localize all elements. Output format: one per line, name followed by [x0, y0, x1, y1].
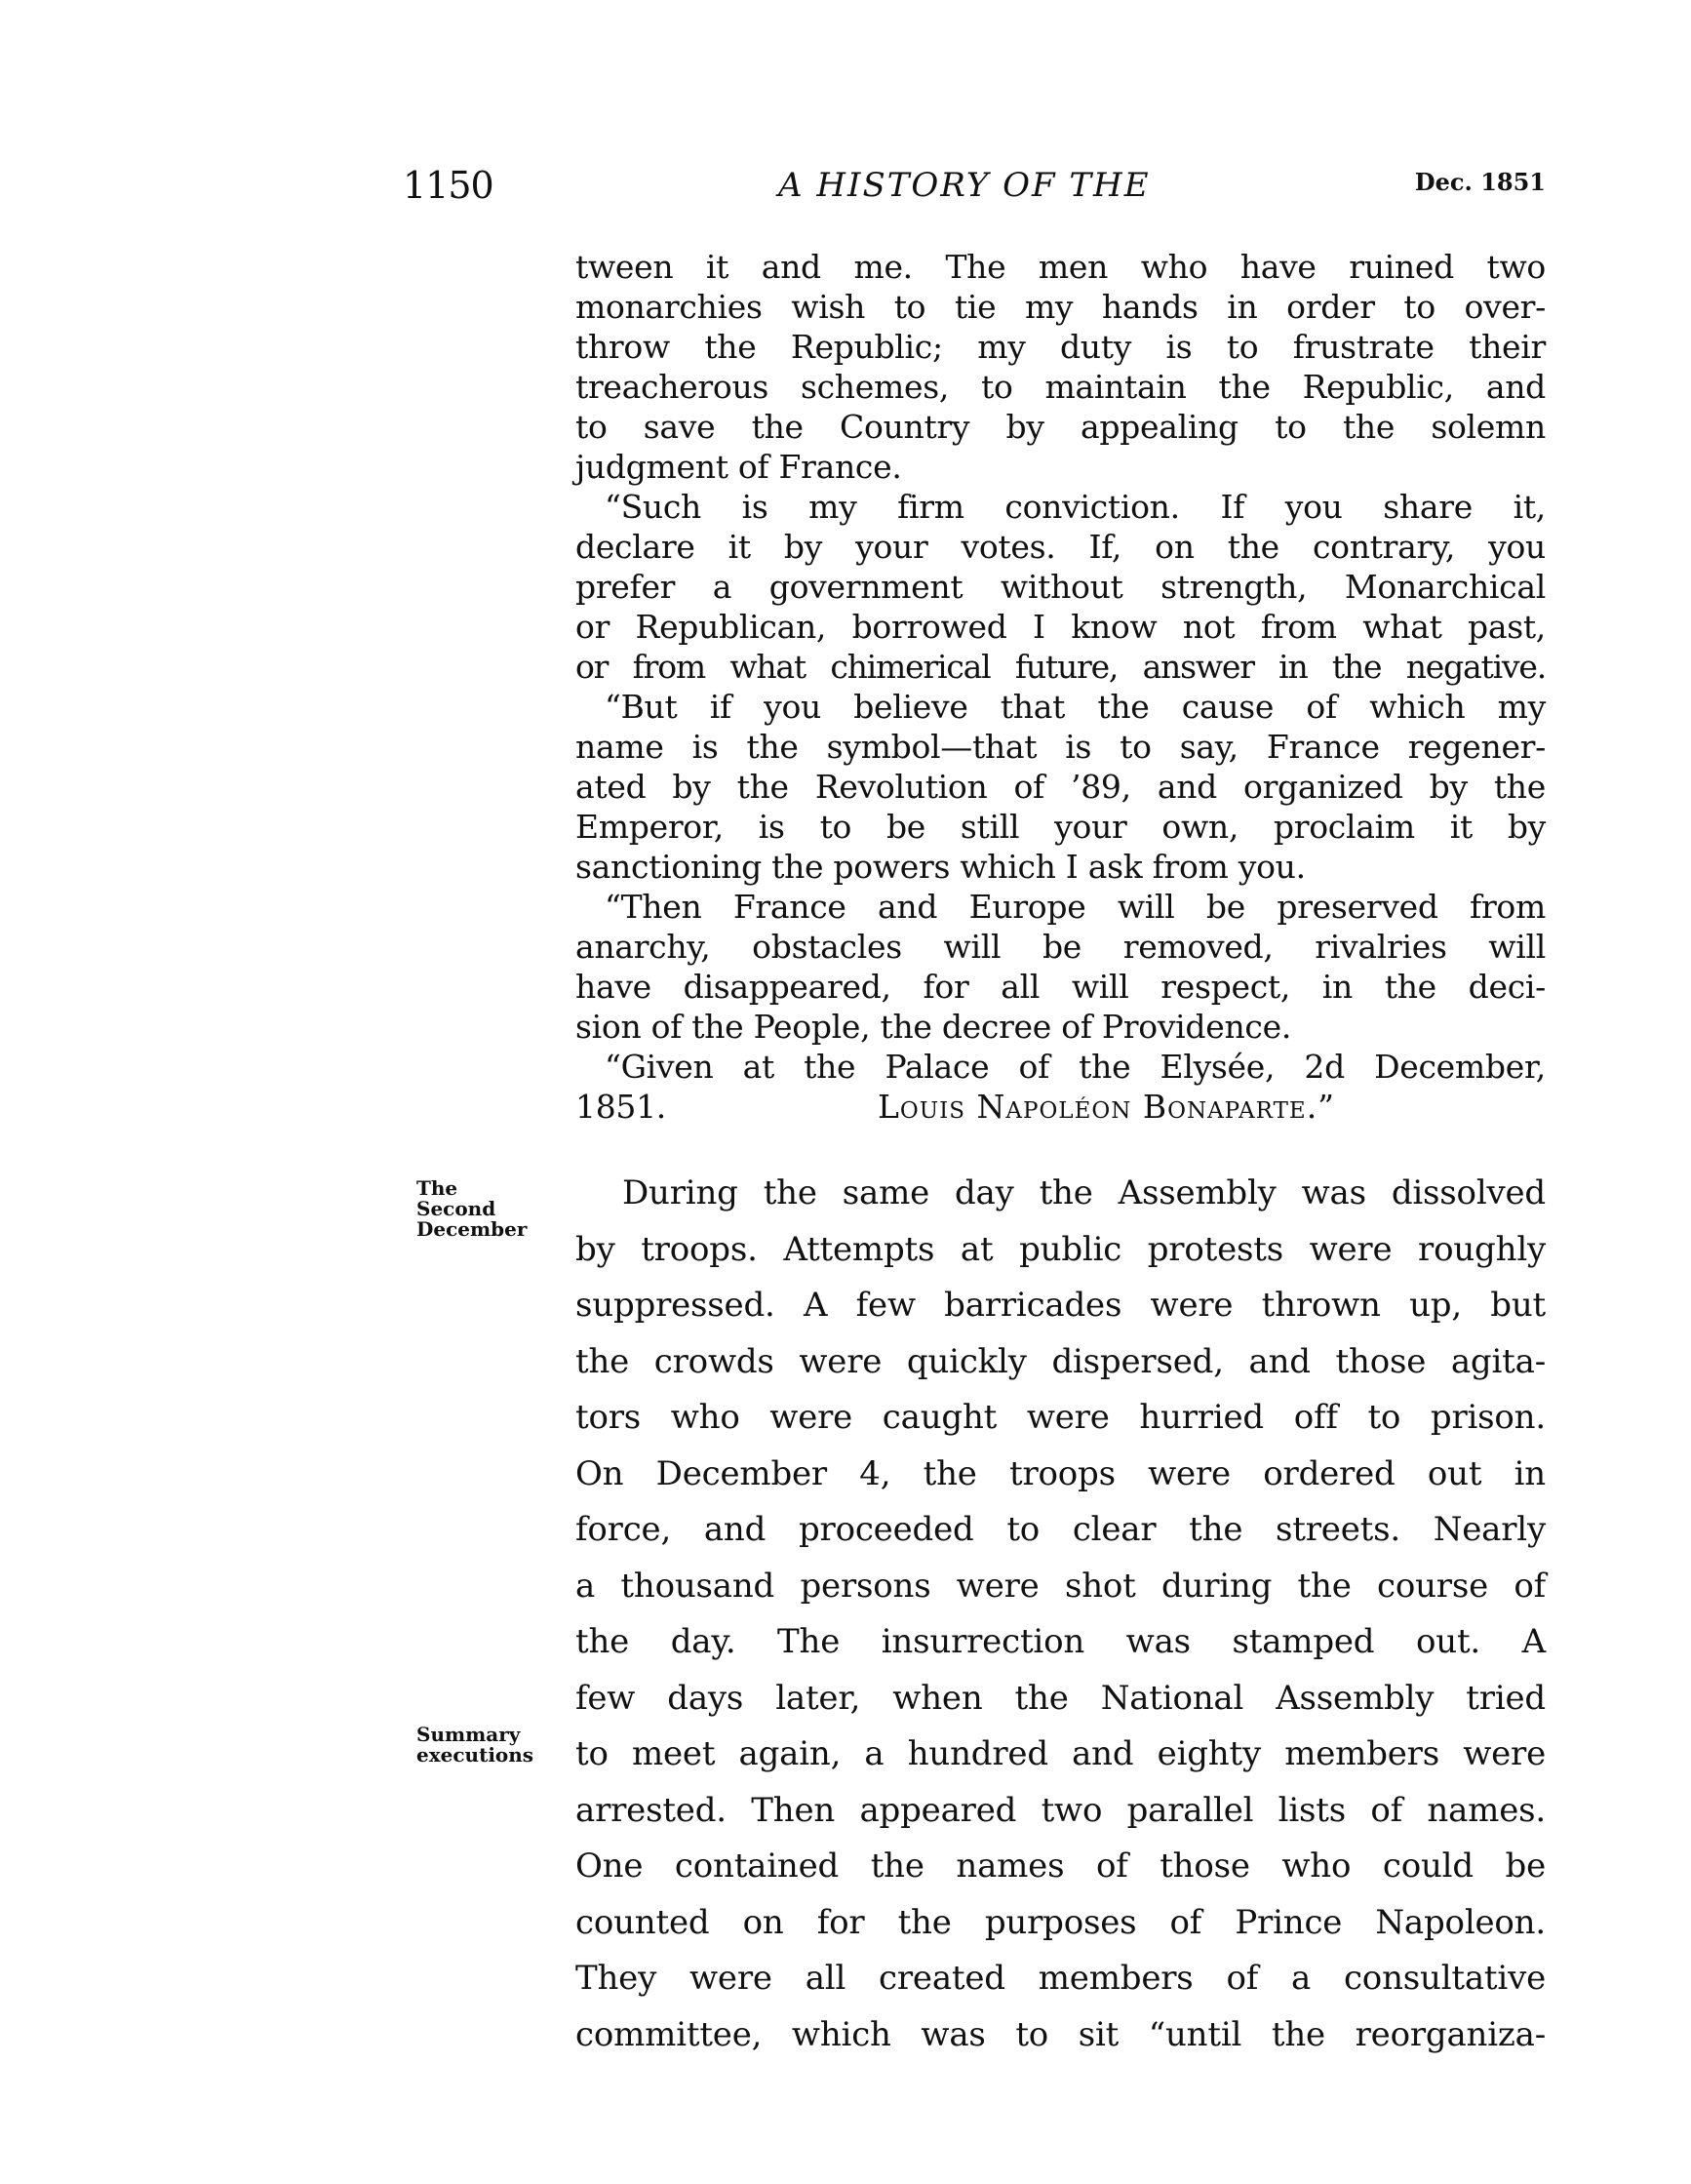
text-line: a thousand persons were shot during the … [575, 1559, 1546, 1615]
text-line: treacherous schemes, to maintain the Rep… [575, 367, 1546, 407]
narrative-paragraph: During the same day the Assembly was dis… [575, 1166, 1546, 2063]
text-line: prefer a government without strength, Mo… [575, 567, 1546, 607]
text-line: or from what chimerical future, answer i… [575, 647, 1546, 687]
sidenote-second-december: The Second December [416, 1178, 527, 1240]
sidenote-line: Summary [416, 1725, 533, 1745]
book-page: 1150 A HISTORY OF THE Dec. 1851 tween it… [0, 0, 1691, 2184]
text-line: anarchy, obstacles will be removed, riva… [575, 927, 1546, 967]
text-line: One contained the names of those who cou… [575, 1839, 1546, 1895]
text-line: suppressed. A few barricades were thrown… [575, 1278, 1546, 1334]
text-line: arrested. Then appeared two parallel lis… [575, 1783, 1546, 1840]
text-line: “Such is my firm conviction. If you shar… [575, 487, 1546, 527]
text-line: by troops. Attempts at public protests w… [575, 1222, 1546, 1279]
text-line: committee, which was to sit “until the r… [575, 2007, 1546, 2064]
text-line: sion of the People, the decree of Provid… [575, 1007, 1546, 1047]
text-line: the crowds were quickly dispersed, and t… [575, 1334, 1546, 1391]
running-title: A HISTORY OF THE [778, 166, 1151, 205]
text-line: They were all created members of a consu… [575, 1951, 1546, 2007]
proclamation-quote: tween it and me. The men who have ruined… [575, 247, 1546, 1127]
text-line: Emperor, is to be still your own, procla… [575, 807, 1546, 847]
sidenote-summary-executions: Summary executions [416, 1725, 533, 1766]
text-line: “Then France and Europe will be preserve… [575, 887, 1546, 927]
page-number: 1150 [403, 164, 493, 207]
text-line: few days later, when the National Assemb… [575, 1671, 1546, 1727]
text-line: throw the Republic; my duty is to frustr… [575, 327, 1546, 367]
text-line: “But if you believe that the cause of wh… [575, 687, 1546, 727]
text-line: force, and proceeded to clear the street… [575, 1502, 1546, 1559]
page-header: 1150 A HISTORY OF THE Dec. 1851 [403, 164, 1546, 213]
running-date: Dec. 1851 [1415, 168, 1546, 196]
text-line: During the same day the Assembly was dis… [575, 1166, 1546, 1222]
text-line: name is the symbol—that is to say, Franc… [575, 727, 1546, 767]
text-line: tors who were caught were hurried off to… [575, 1390, 1546, 1447]
text-line: sanctioning the powers which I ask from … [575, 847, 1546, 887]
text-line: ated by the Revolution of ’89, and organ… [575, 767, 1546, 807]
text-line: tween it and me. The men who have ruined… [575, 247, 1546, 287]
text-line: declare it by your votes. If, on the con… [575, 527, 1546, 567]
signature-year: 1851. [575, 1087, 878, 1127]
sidenote-line: The [416, 1178, 527, 1199]
text-line: monarchies wish to tie my hands in order… [575, 287, 1546, 327]
text-line: to save the Country by appealing to the … [575, 407, 1546, 447]
signature-name: Louis Napoléon Bonaparte.” [878, 1087, 1335, 1127]
sidenote-line: Second [416, 1199, 527, 1219]
text-line: or Republican, borrowed I know not from … [575, 607, 1546, 647]
text-line: to meet again, a hundred and eighty memb… [575, 1727, 1546, 1783]
sidenote-line: December [416, 1219, 527, 1240]
signature-line: 1851. Louis Napoléon Bonaparte.” [575, 1087, 1546, 1127]
text-line: have disappeared, for all will respect, … [575, 967, 1546, 1007]
text-line: judgment of France. [575, 447, 1546, 487]
text-line: the day. The insurrection was stamped ou… [575, 1614, 1546, 1671]
text-line: On December 4, the troops were ordered o… [575, 1447, 1546, 1503]
sidenote-line: executions [416, 1745, 533, 1766]
text-line: counted on for the purposes of Prince Na… [575, 1895, 1546, 1952]
text-line: “Given at the Palace of the Elysée, 2d D… [575, 1047, 1546, 1087]
